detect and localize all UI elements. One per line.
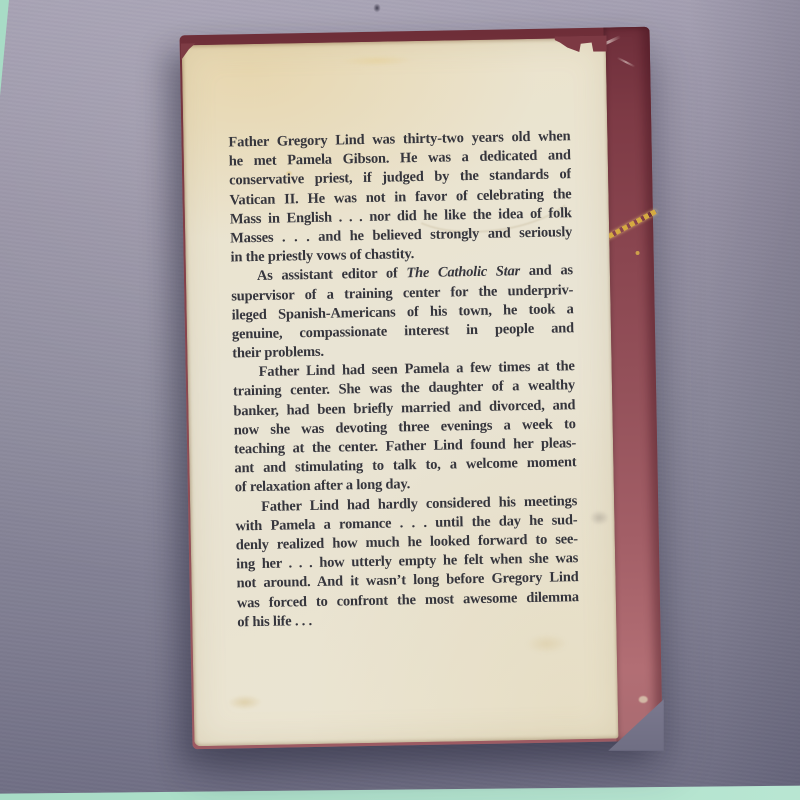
stain [332,53,422,69]
blurb-paragraph: Father Gregory Lind was thirty-two years… [228,127,572,268]
book: Father Gregory Lind was thirty-two years… [179,27,662,749]
back-cover-paper: Father Gregory Lind was thirty-two years… [182,38,619,747]
blurb-paragraph: Father Lind had seen Pamela a few times … [233,357,577,498]
photo-of-book-back-cover: Father Gregory Lind was thirty-two years… [0,0,800,800]
blurb: Father Gregory Lind was thirty-two years… [228,127,579,632]
stain [586,508,612,528]
torn-edge-top-right [555,36,607,53]
jacket-crease-highlight [617,57,636,68]
worn-spot [639,696,648,703]
stain [518,630,574,657]
surface-speck [372,2,382,14]
torn-corner-top-left [181,43,196,60]
stain [222,692,268,713]
blurb-paragraph: As assistant editor of The Catholic Star… [231,262,575,364]
blurb-paragraph: Father Lind had hardly considered his me… [235,492,579,633]
gold-fleck [636,251,640,255]
